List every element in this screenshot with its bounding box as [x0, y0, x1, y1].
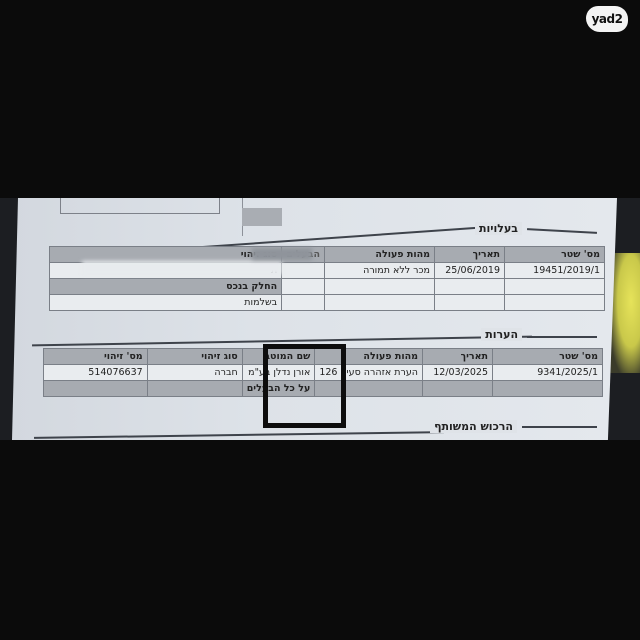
yad2-logo: yad2 — [586, 6, 628, 32]
notes-header-id-no: מס' זיהוי — [44, 349, 148, 365]
cell-date: 25/06/2019 — [435, 263, 505, 279]
cell-owner-redacted — [282, 263, 325, 279]
header-share: החלק בנכס — [50, 279, 282, 295]
notes-header-date: תאריך — [423, 349, 493, 365]
background-object — [610, 253, 640, 373]
registry-extract-page: בעלויות מס' שטר תאריך מהות פעולה הבעלים … — [12, 198, 617, 440]
header-date: תאריך — [435, 247, 505, 263]
header-action: מהות פעולה — [325, 247, 435, 263]
notes-cell-date: 12/03/2025 — [423, 365, 493, 381]
previous-table-band — [242, 208, 282, 226]
notes-header-deed-no: מס' שטר — [493, 349, 603, 365]
notes-rule-right — [527, 336, 597, 338]
shared-rule-left — [34, 431, 444, 439]
notes-cell-deed-no: 9341/2025/1 — [493, 365, 603, 381]
ownership-table: מס' שטר תאריך מהות פעולה הבעלים סוג זיהו… — [49, 246, 605, 311]
cell-deed-no: 19451/2019/1 — [505, 263, 605, 279]
redacted-owner-info — [82, 261, 282, 275]
notes-section-title: הערות — [481, 328, 522, 341]
ownership-section-title: בעלויות — [475, 222, 522, 235]
header-deed-no: מס' שטר — [505, 247, 605, 263]
shared-property-section-title: הרכוש המשותף — [430, 420, 517, 433]
notes-header-id-type: סוג זיהוי — [147, 349, 242, 365]
document-photo: בעלויות מס' שטר תאריך מהות פעולה הבעלים … — [0, 198, 640, 440]
highlight-annotation-box — [263, 344, 346, 428]
notes-cell-id-no: 514076637 — [44, 365, 148, 381]
redacted-owner-name — [252, 248, 312, 260]
previous-table-fragment — [60, 198, 220, 214]
cell-share: בשלמות — [50, 295, 282, 311]
shared-rule-right — [522, 426, 597, 428]
notes-cell-id-type: חברה — [147, 365, 242, 381]
cell-action: מכר ללא תמורה — [325, 263, 435, 279]
